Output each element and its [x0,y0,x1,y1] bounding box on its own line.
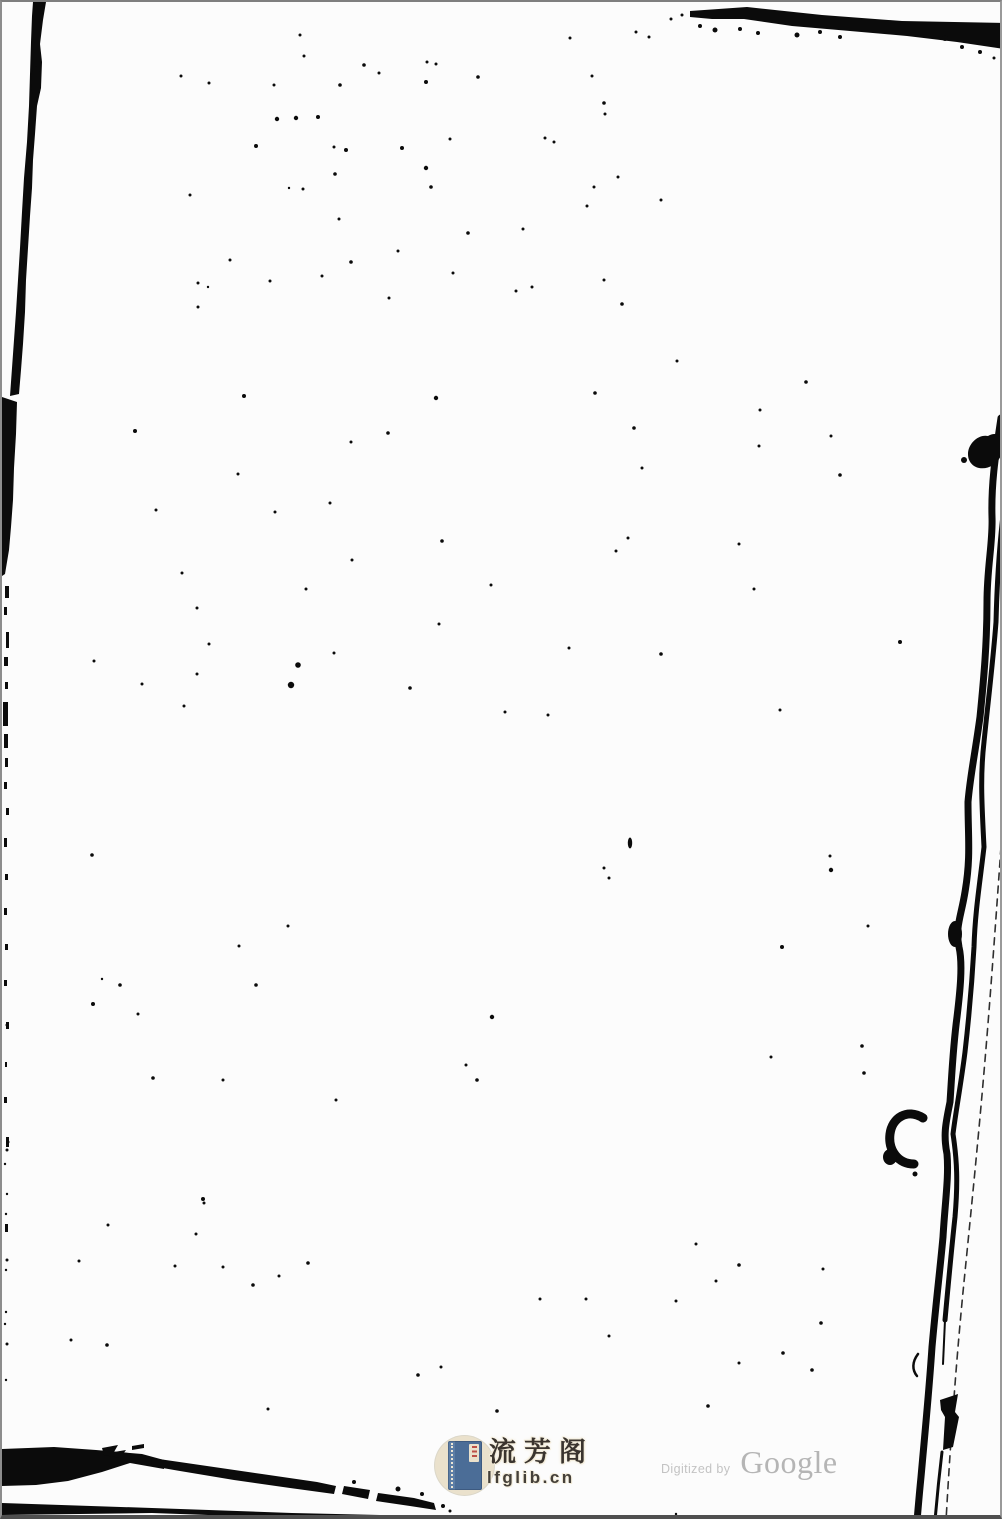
right-spine-lines-artifact [917,418,1002,1519]
bottom-edge-artifact [2,1444,436,1519]
book-stitch-line [451,1443,453,1488]
book-icon [435,1436,494,1495]
dust-specks [4,10,996,1515]
scanned-page: 流芳阁 lfglib.cn Digitized by Google [0,0,1002,1519]
digitized-by-label: Digitized by [661,1462,730,1476]
watermark-site-name: 流芳阁 [489,1438,594,1468]
ink-fleck [628,838,632,849]
scan-artifacts-layer [2,2,1002,1519]
left-edge-strip-artifact [2,397,17,1232]
watermark-site-domain: lfglib.cn [487,1468,575,1488]
book-cover [448,1441,482,1490]
book-title-label [469,1444,479,1462]
google-logo: Google [740,1446,837,1478]
left-edge-line-artifact [10,2,46,396]
top-right-edge-artifact [690,7,1002,49]
digitized-by-line: Digitized by Google [661,1446,838,1478]
